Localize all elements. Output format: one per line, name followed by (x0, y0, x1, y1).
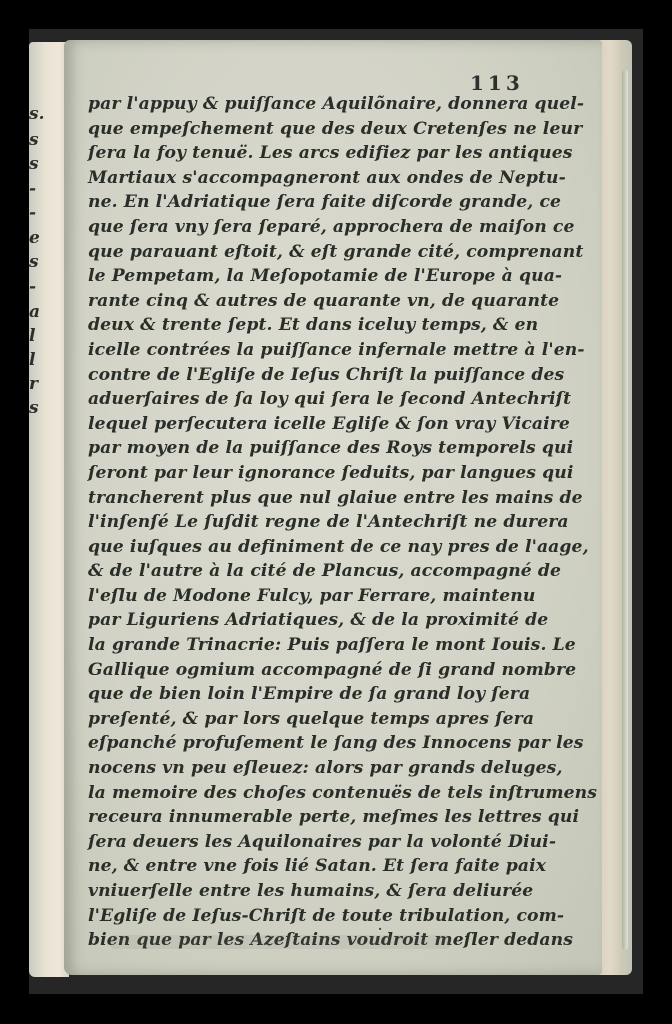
text-line: ne. En l'Adriatique ſera faite diſcorde … (88, 190, 518, 215)
page-text: par l'appuy & puiſſance Aquilõnaire, don… (88, 92, 518, 953)
text-line: que ſera vny ſera ſeparé, approchera de … (88, 215, 518, 240)
show-through-text (110, 935, 450, 949)
text-line: la memoire des choſes contenuës de tels … (88, 781, 518, 806)
text-line: l'Egliſe de Ieſus-Chriſt de toute tribul… (88, 904, 518, 929)
text-line: deux & trente ſept. Et dans iceluy temps… (88, 313, 518, 338)
text-line: receura innumerable perte, meſmes les le… (88, 805, 518, 830)
facing-page-fragment: l (29, 328, 41, 345)
text-line: par moyen de la puiſſance des Roys tempo… (88, 436, 518, 461)
facing-page-fragment: - (29, 279, 41, 296)
text-line: ne, & entre vne fois lié Satan. Et ſera … (88, 854, 518, 879)
text-line: rante cinq & autres de quarante vn, de q… (88, 289, 518, 314)
text-line: icelle contrées la puiſſance infernale m… (88, 338, 518, 363)
text-line: preſenté, & par lors quelque temps apres… (88, 707, 518, 732)
text-line: ſera la foy tenuë. Les arcs edifiez par … (88, 141, 518, 166)
text-line: l'eſlu de Modone Fulcy, par Ferrare, mai… (88, 584, 518, 609)
text-line: Martiaux s'accompagneront aux ondes de N… (88, 166, 518, 191)
text-line: la grande Trinacrie: Puis paſſera le mon… (88, 633, 518, 658)
facing-page-edge: s. s s - - e s - a l l r s (29, 42, 69, 977)
facing-page-fragment: s (29, 254, 41, 271)
signature-mark: · (378, 922, 382, 936)
text-line: contre de l'Egliſe de Ieſus Chriſt la pu… (88, 363, 518, 388)
text-line: & de l'autre à la cité de Plancus, accom… (88, 559, 518, 584)
facing-page-fragment: - (29, 181, 41, 198)
facing-page-fragment: - (29, 205, 41, 222)
text-line: aduerſaires de ſa loy qui ſera le ſecond… (88, 387, 518, 412)
text-line: Gallique ogmium accompagné de ſi grand n… (88, 658, 518, 683)
text-line: que iuſques au definiment de ce nay pres… (88, 535, 518, 560)
text-line: trancherent plus que nul glaiue entre le… (88, 486, 518, 511)
text-line: lequel perſecutera icelle Egliſe & ſon v… (88, 412, 518, 437)
facing-page-fragment: s (29, 132, 41, 149)
facing-page-fragment: a (29, 304, 41, 321)
text-line: que empeſchement que des deux Cretenſes … (88, 117, 518, 142)
facing-page-fragment: r (29, 376, 41, 393)
text-line: que parauant eſtoit, & eſt grande cité, … (88, 240, 518, 265)
facing-page-fragment: s. (29, 106, 41, 123)
facing-page-fragment: s (29, 400, 41, 417)
facing-page-fragment: s (29, 156, 41, 173)
text-line: ſera deuers les Aquilonaires par la volo… (88, 830, 518, 855)
text-line: le Pempetam, la Meſopotamie de l'Europe … (88, 264, 518, 289)
facing-page-fragment: l (29, 352, 41, 369)
text-line: l'inſenſé Le ſuſdit regne de l'Antechriſ… (88, 510, 518, 535)
text-line: par Liguriens Adriatiques, & de la proxi… (88, 608, 518, 633)
text-line: eſpanché profuſement le ſang des Innocen… (88, 731, 518, 756)
text-line: vniuerſelle entre les humains, & ſera de… (88, 879, 518, 904)
text-line: que de bien loin l'Empire de ſa grand lo… (88, 682, 518, 707)
text-line: ſeront par leur ignorance ſeduits, par l… (88, 461, 518, 486)
text-line: nocens vn peu eſleuez: alors par grands … (88, 756, 518, 781)
facing-page-fragment: e (29, 230, 41, 247)
text-line: par l'appuy & puiſſance Aquilõnaire, don… (88, 92, 518, 117)
